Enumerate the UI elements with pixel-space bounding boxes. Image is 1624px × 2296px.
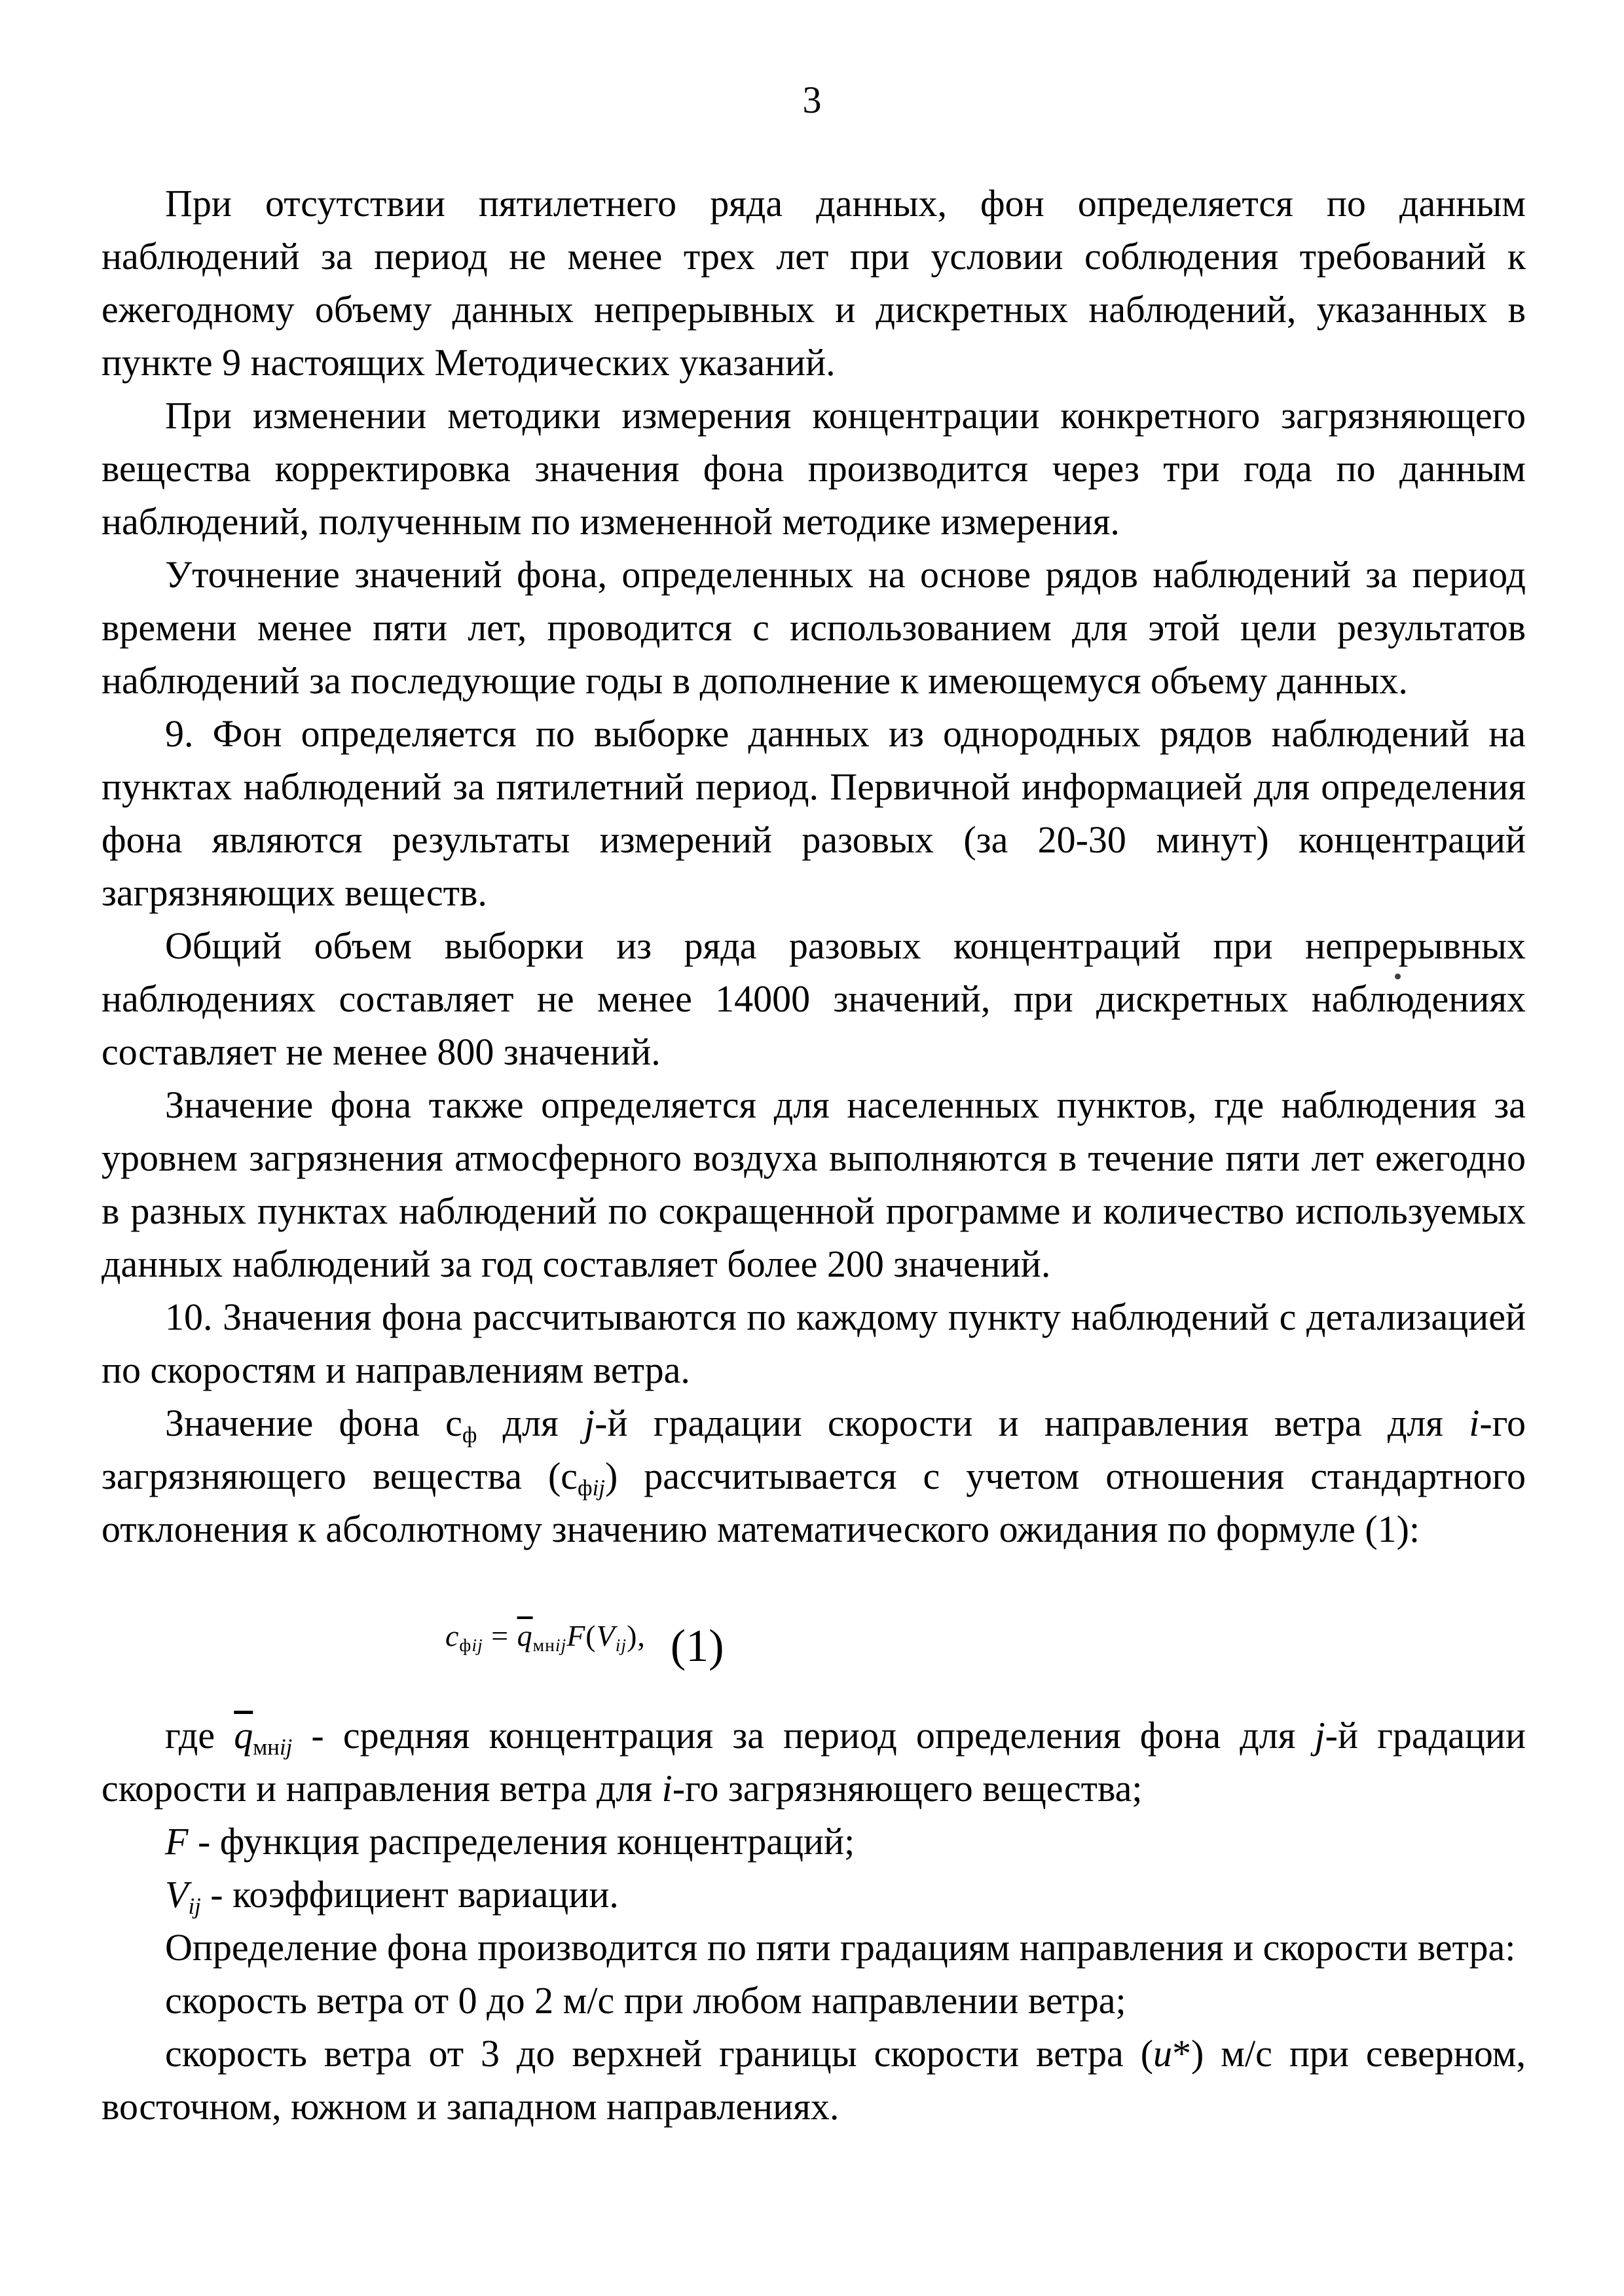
text-run: - средняя концентрация за период определ…: [292, 1714, 1314, 1757]
text-run: Значение фона также определяется для нас…: [101, 1084, 1526, 1285]
text-run: j: [584, 1402, 595, 1444]
paragraph-12: Определение фона производится по пяти гр…: [101, 1921, 1526, 1974]
text-run: 10. Значения фона рассчитываются по кажд…: [101, 1296, 1526, 1391]
document-body: При отсутствии пятилетнего ряда данных, …: [101, 177, 1526, 2133]
text-run: F: [566, 1619, 585, 1652]
page-number: 3: [0, 0, 1624, 123]
paragraph-9-definition-q: где qмнij - средняя концентрация за пери…: [101, 1709, 1526, 1815]
paragraph-4-item-9: 9. Фон определяется по выборке данных из…: [101, 707, 1526, 919]
text-run: F: [165, 1820, 188, 1863]
formula-number: (1): [671, 1624, 724, 1669]
paragraph-8: Значение фона сф для j-й градации скорос…: [101, 1396, 1526, 1556]
text-run: V: [597, 1619, 616, 1652]
paragraph-11-definition-v: Vij - коэффициент вариации.: [101, 1868, 1526, 1921]
text-run: где: [165, 1714, 234, 1757]
text-run: ij: [616, 1635, 627, 1655]
text-run: ij: [280, 1734, 292, 1760]
text-run: мн: [253, 1734, 280, 1760]
text-run: При изменении методики измерения концент…: [101, 394, 1526, 543]
text-run: i: [1469, 1402, 1479, 1444]
text-run: (: [585, 1619, 596, 1652]
paragraph-5: Общий объем выборки из ряда разовых конц…: [101, 919, 1526, 1078]
text-run: ij: [471, 1635, 483, 1655]
text-run: ij: [593, 1475, 605, 1501]
text-run: - функция распределения концентраций;: [188, 1820, 855, 1863]
text-run: i: [662, 1767, 673, 1810]
text-run: V: [165, 1873, 188, 1916]
text-run: q: [517, 1619, 533, 1652]
text-run: ф: [462, 1422, 477, 1448]
formula-expression: cфij = qмнijF(Vij),: [445, 1621, 646, 1651]
paragraph-7-item-10: 10. Значения фона рассчитываются по кажд…: [101, 1290, 1526, 1396]
text-run: ij: [555, 1635, 566, 1655]
text-run: ij: [188, 1893, 200, 1919]
text-run: =: [483, 1619, 517, 1652]
text-run: ),: [627, 1619, 646, 1652]
paragraph-1: При отсутствии пятилетнего ряда данных, …: [101, 177, 1526, 389]
scan-artifact-dot: [1395, 974, 1401, 979]
text-run: Значение фона с: [165, 1402, 462, 1444]
text-run: u: [1153, 2032, 1172, 2075]
text-run: скорость ветра от 0 до 2 м/с при любом н…: [165, 1979, 1126, 2022]
paragraph-10-definition-f: F - функция распределения концентраций;: [101, 1815, 1526, 1868]
text-run: Общий объем выборки из ряда разовых конц…: [101, 924, 1526, 1073]
paragraph-2: При изменении методики измерения концент…: [101, 389, 1526, 548]
text-run: ф: [459, 1635, 471, 1655]
text-run: Определение фона производится по пяти гр…: [165, 1926, 1515, 1969]
text-run: Уточнение значений фона, определенных на…: [101, 553, 1526, 702]
text-run: ф: [578, 1475, 593, 1501]
text-run: q: [234, 1714, 253, 1757]
paragraph-13: скорость ветра от 0 до 2 м/с при любом н…: [101, 1974, 1526, 2027]
text-run: c: [445, 1619, 459, 1652]
formula-1: cфij = qмнijF(Vij), (1): [445, 1594, 1526, 1679]
text-run: - коэффициент вариации.: [201, 1873, 619, 1916]
text-run: скорость ветра от 3 до верхней границы с…: [165, 2032, 1153, 2075]
paragraph-6: Значение фона также определяется для нас…: [101, 1078, 1526, 1290]
text-run: -го загрязняющего вещества;: [673, 1767, 1143, 1810]
document-page: 3 При отсутствии пятилетнего ряда данных…: [0, 0, 1624, 2296]
text-run: для: [477, 1402, 584, 1444]
text-run: j: [1315, 1714, 1325, 1757]
paragraph-3: Уточнение значений фона, определенных на…: [101, 548, 1526, 707]
paragraph-14: скорость ветра от 3 до верхней границы с…: [101, 2027, 1526, 2133]
text-run: 9. Фон определяется по выборке данных из…: [101, 712, 1526, 914]
text-run: При отсутствии пятилетнего ряда данных, …: [101, 182, 1526, 384]
text-run: мн: [533, 1635, 555, 1655]
text-run: -й градации скорости и направления ветра…: [595, 1402, 1469, 1444]
